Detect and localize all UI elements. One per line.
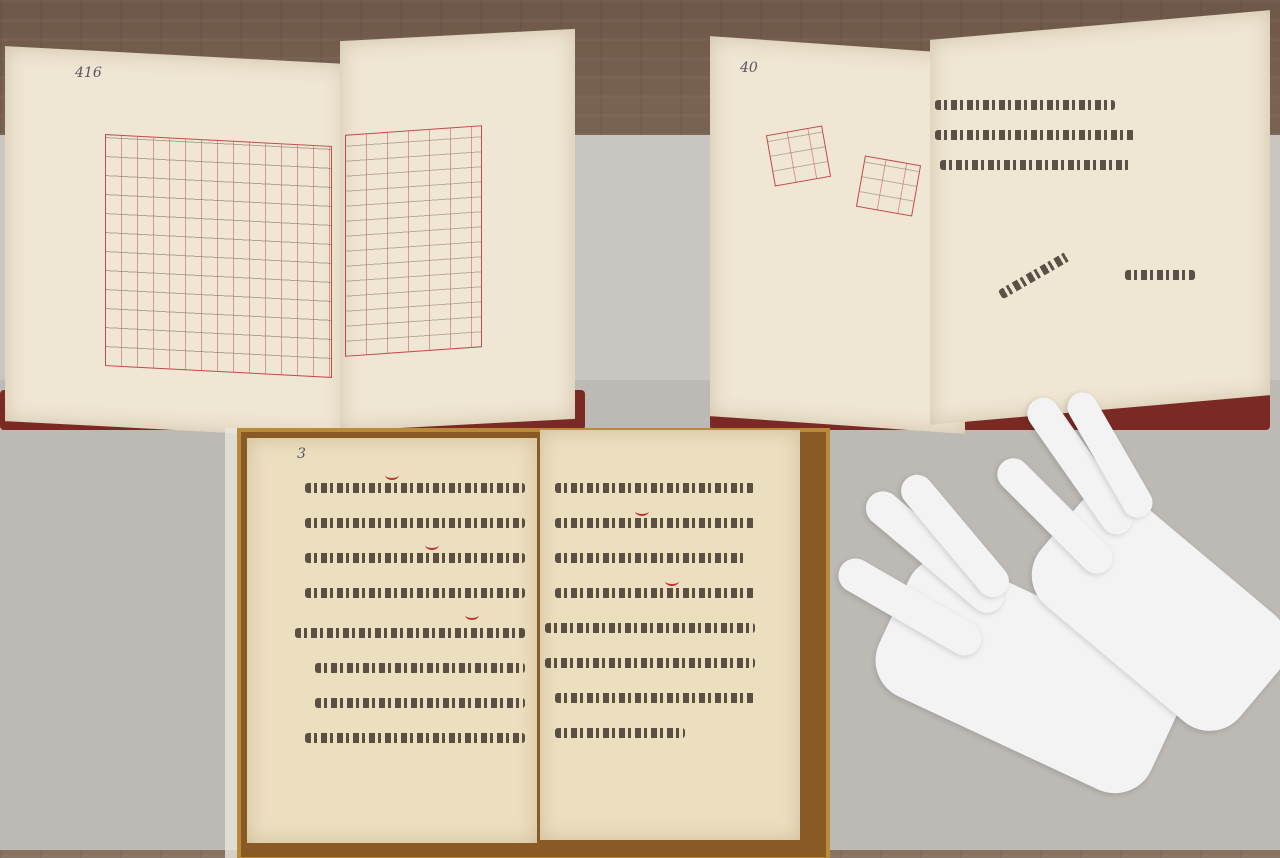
right-page [930,10,1270,425]
text-line [940,160,1130,170]
manuscript-top-left: 416 [0,30,585,435]
magic-square [856,155,921,216]
manuscript-bottom: 3 [225,408,825,858]
left-page [247,438,537,843]
text-line [295,628,525,638]
text-line [555,693,755,703]
ruled-table [105,134,332,378]
rubric-numeral [425,540,439,550]
rubric-numeral [465,610,479,620]
manuscript-top-right: 40 [705,20,1280,440]
text-line [315,698,525,708]
text-line [315,663,525,673]
text-line [305,518,525,528]
page-number: 40 [740,60,758,76]
text-line [305,733,525,743]
text-line [935,100,1115,110]
page-number: 416 [75,65,102,81]
rubric-numeral [635,506,649,516]
rubric-numeral [665,576,679,586]
page-number: 3 [297,446,306,462]
text-line [305,483,525,493]
ruled-table [345,125,482,357]
text-line [555,553,745,563]
rubric-numeral [385,470,399,480]
text-line [545,623,755,633]
magic-square [766,125,831,186]
text-line [555,483,755,493]
text-line [305,553,525,563]
text-line [555,588,755,598]
left-page [710,36,965,434]
text-line [305,588,525,598]
text-line [935,130,1135,140]
text-line [545,658,755,668]
text-line [1125,270,1195,280]
text-line [555,518,755,528]
text-line [555,728,685,738]
